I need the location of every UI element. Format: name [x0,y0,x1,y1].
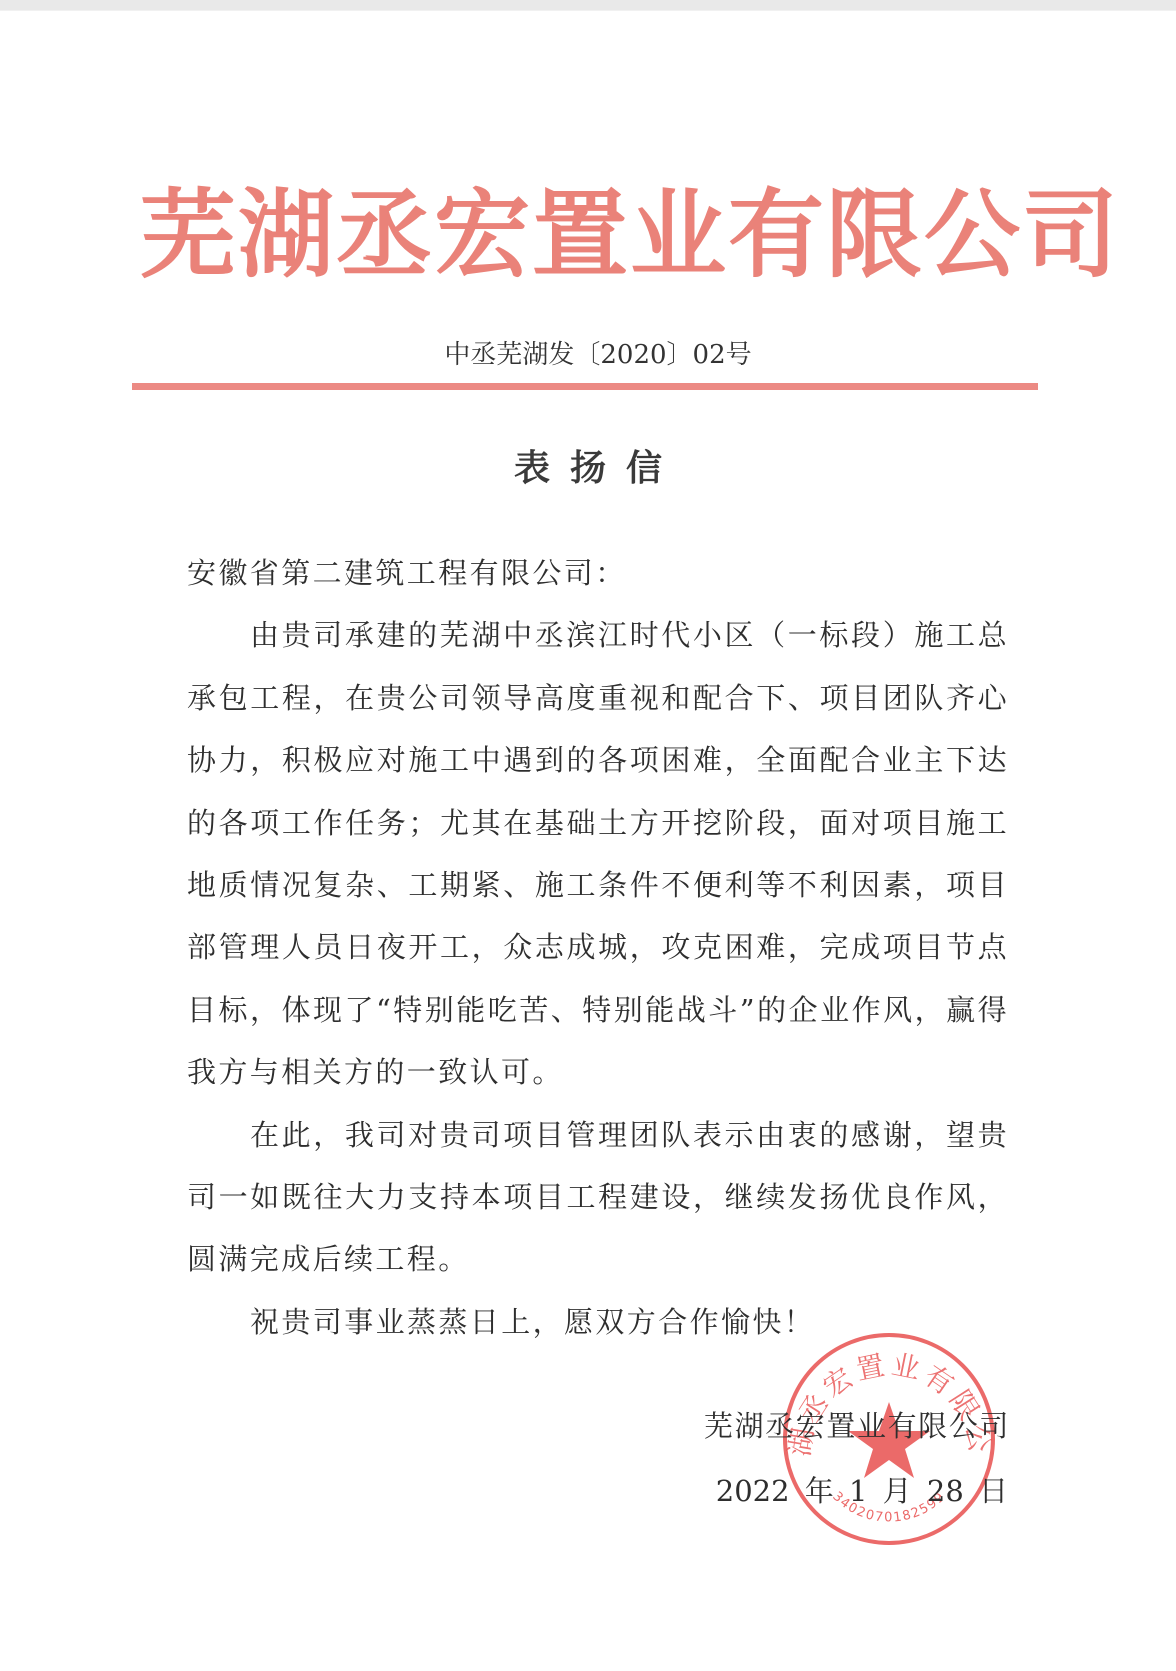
letterhead-divider [132,383,1038,390]
document-number: 中丞芜湖发〔2020〕02号 [330,338,866,372]
body-paragraph-2: 在此，我司对贵司项目管理团队表示由衷的感谢，望贵司一如既往大力支持本项目工程建设… [187,1104,1009,1291]
signature-company: 芜湖丞宏置业有限公司 [690,1406,1010,1446]
letterhead-company-name: 芜湖丞宏置业有限公司 [140,176,1030,294]
body-paragraph-1: 由贵司承建的芜湖中丞滨江时代小区（一标段）施工总承包工程，在贵公司领导高度重视和… [187,604,1009,1103]
letter-heading: 表扬信 [430,446,766,492]
scan-top-edge [0,0,1176,11]
salutation: 安徽省第二建筑工程有限公司： [187,542,1009,604]
letter-body: 安徽省第二建筑工程有限公司： 由贵司承建的芜湖中丞滨江时代小区（一标段）施工总承… [187,542,1009,1353]
signature-date: 2022 年 1 月 28 日 [700,1471,1008,1511]
